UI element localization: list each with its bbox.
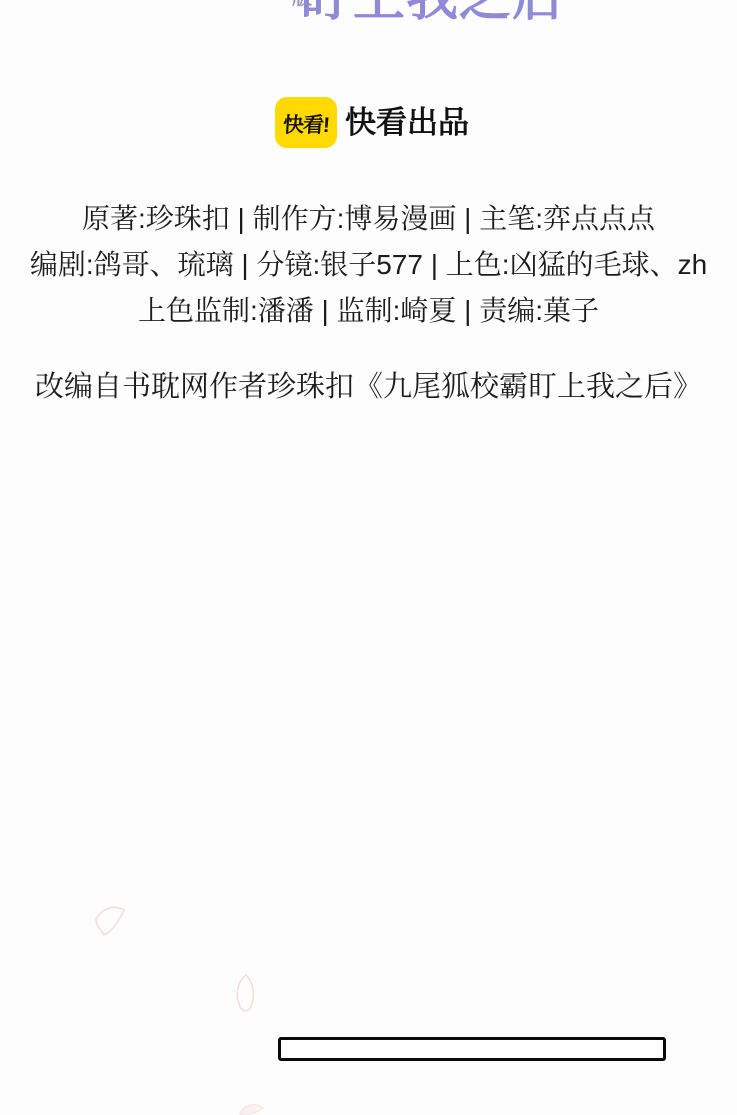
kuaikan-logo-icon: 快看! [275,97,337,148]
petal-decoration-icon [93,903,131,941]
comic-credits-page: 版 盯上我之后 快看! 快看出品 原著:珍珠扣 | 制作方:博易漫画 | 主笔:… [0,0,737,1115]
credit-line-supervisors: 上色监制:潘潘 | 监制:崎夏 | 责编:菓子 [0,288,737,334]
publisher-row: 快看! 快看出品 [0,97,737,149]
credits-block: 原著:珍珠扣 | 制作方:博易漫画 | 主笔:弈点点点 编剧:鸽哥、琉璃 | 分… [0,196,737,334]
empty-caption-panel [278,1037,666,1061]
petal-decoration-icon [236,1100,266,1115]
clipped-title-band: 版 盯上我之后 [0,0,737,26]
publisher-name: 快看出品 [345,103,469,143]
kuaikan-logo-text: 快看! [282,109,330,139]
clipped-title-text: 盯上我之后 [300,0,565,26]
credit-line-authors: 原著:珍珠扣 | 制作方:博易漫画 | 主笔:弈点点点 [0,196,737,242]
adaptation-note: 改编自书耽网作者珍珠扣《九尾狐校霸盯上我之后》 [0,368,737,406]
credit-line-staff: 编剧:鸽哥、琉璃 | 分镜:银子577 | 上色:凶猛的毛球、zh [0,242,737,288]
petal-decoration-icon [233,973,259,1015]
